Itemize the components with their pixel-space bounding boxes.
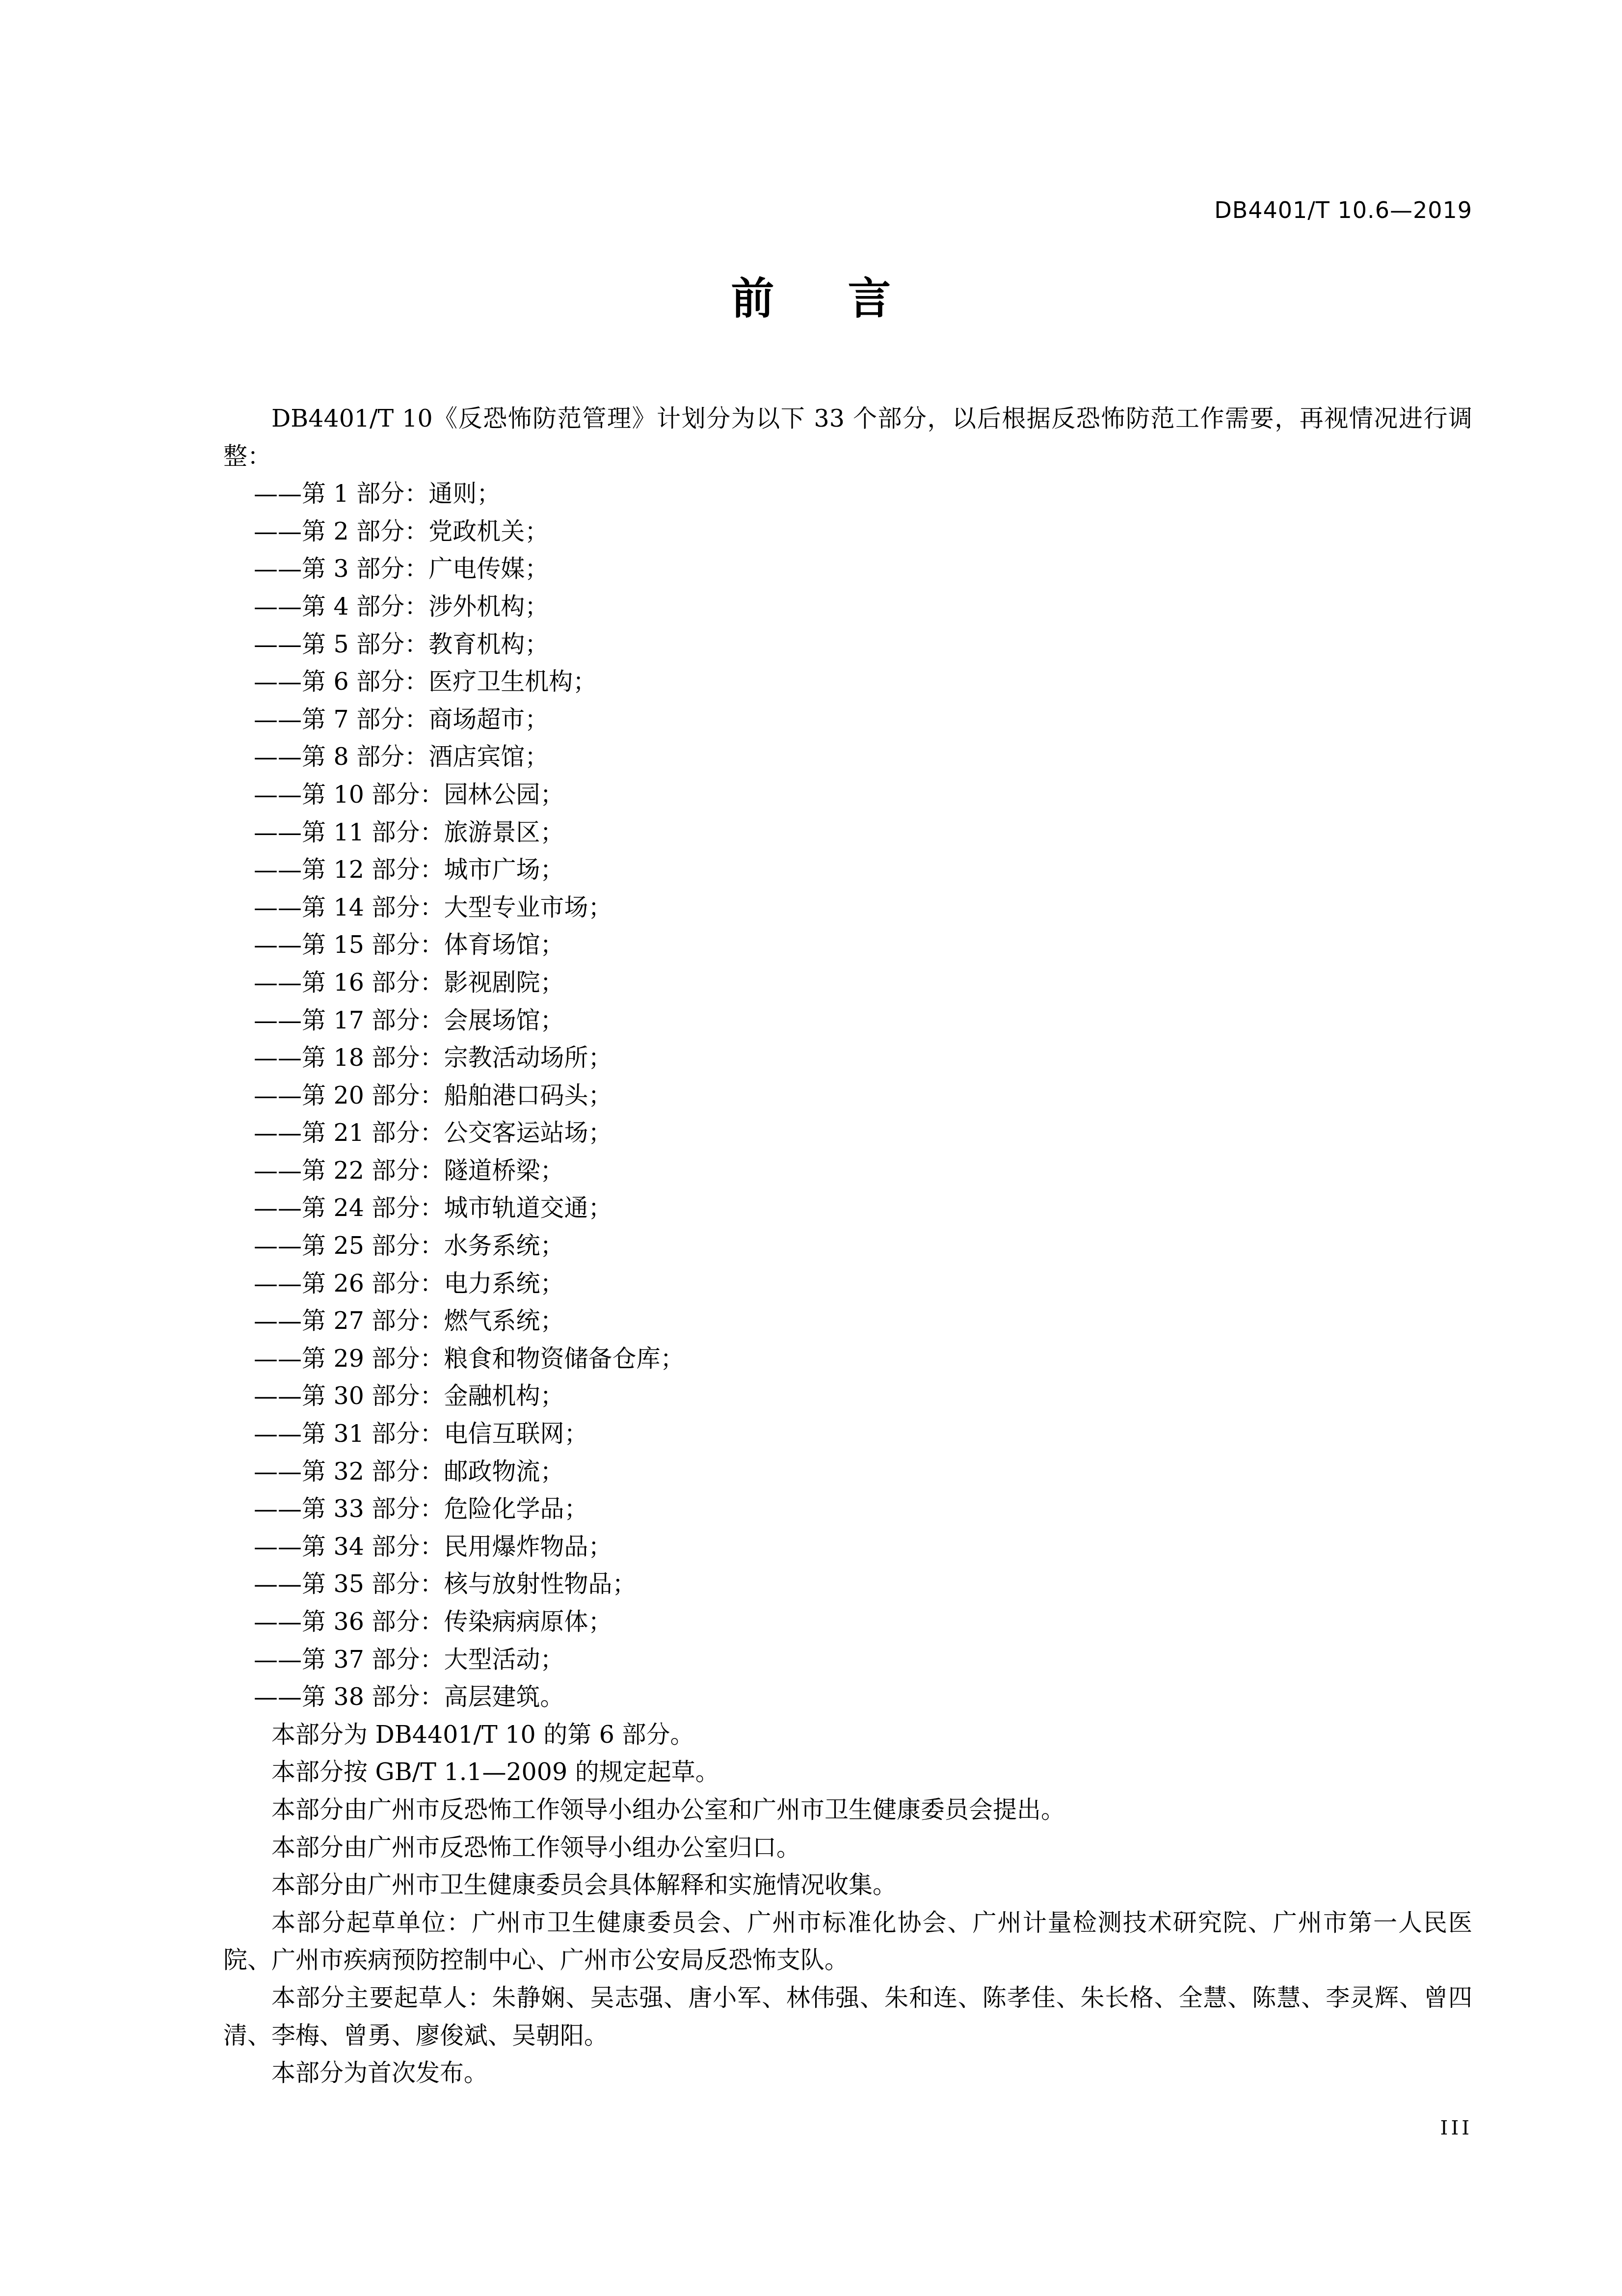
list-item: ——第 32 部分：邮政物流； [223, 1453, 1472, 1491]
parts-list: ——第 1 部分：通则； ——第 2 部分：党政机关； ——第 3 部分：广电传… [223, 475, 1472, 1716]
proposed-by-statement: 本部分由广州市反恐怖工作领导小组办公室和广州市卫生健康委员会提出。 [223, 1791, 1472, 1829]
list-item: ——第 18 部分：宗教活动场所； [223, 1039, 1472, 1077]
list-item: ——第 25 部分：水务系统； [223, 1227, 1472, 1265]
page-number: III [1440, 2113, 1472, 2143]
list-item: ——第 33 部分：危险化学品； [223, 1490, 1472, 1528]
list-item: ——第 5 部分：教育机构； [223, 626, 1472, 664]
list-item: ——第 1 部分：通则； [223, 475, 1472, 513]
list-item: ——第 22 部分：隧道桥梁； [223, 1152, 1472, 1190]
drafting-units-statement: 本部分起草单位：广州市卫生健康委员会、广州市标准化协会、广州计量检测技术研究院、… [223, 1904, 1472, 1979]
standard-code-header: DB4401/T 10.6—2019 [1214, 195, 1472, 225]
foreword-body: DB4401/T 10《反恐怖防范管理》计划分为以下 33 个部分，以后根据反恐… [223, 400, 1472, 2092]
intro-paragraph: DB4401/T 10《反恐怖防范管理》计划分为以下 33 个部分，以后根据反恐… [223, 400, 1472, 475]
list-item: ——第 16 部分：影视剧院； [223, 964, 1472, 1002]
list-item: ——第 26 部分：电力系统； [223, 1265, 1472, 1303]
list-item: ——第 11 部分：旅游景区； [223, 814, 1472, 852]
list-item: ——第 34 部分：民用爆炸物品； [223, 1528, 1472, 1566]
list-item: ——第 37 部分：大型活动； [223, 1641, 1472, 1679]
list-item: ——第 30 部分：金融机构； [223, 1378, 1472, 1415]
list-item: ——第 4 部分：涉外机构； [223, 588, 1472, 626]
list-item: ——第 8 部分：酒店宾馆； [223, 738, 1472, 776]
list-item: ——第 27 部分：燃气系统； [223, 1302, 1472, 1340]
drafting-rule-statement: 本部分按 GB/T 1.1—2009 的规定起草。 [223, 1754, 1472, 1791]
list-item: ——第 38 部分：高层建筑。 [223, 1678, 1472, 1716]
list-item: ——第 36 部分：传染病病原体； [223, 1603, 1472, 1641]
list-item: ——第 7 部分：商场超市； [223, 701, 1472, 739]
page-title: 前言 [0, 269, 1622, 328]
part-of-statement: 本部分为 DB4401/T 10 的第 6 部分。 [223, 1716, 1472, 1754]
main-drafters-statement: 本部分主要起草人：朱静娴、吴志强、唐小军、林伟强、朱和连、陈孝佳、朱长格、全慧、… [223, 1979, 1472, 2054]
list-item: ——第 20 部分：船舶港口码头； [223, 1077, 1472, 1115]
list-item: ——第 2 部分：党政机关； [223, 513, 1472, 551]
list-item: ——第 10 部分：园林公园； [223, 776, 1472, 814]
list-item: ——第 15 部分：体育场馆； [223, 926, 1472, 964]
first-release-statement: 本部分为首次发布。 [223, 2054, 1472, 2092]
interpreted-by-statement: 本部分由广州市卫生健康委员会具体解释和实施情况收集。 [223, 1866, 1472, 1904]
list-item: ——第 3 部分：广电传媒； [223, 550, 1472, 588]
list-item: ——第 17 部分：会展场馆； [223, 1002, 1472, 1040]
list-item: ——第 35 部分：核与放射性物品； [223, 1566, 1472, 1603]
list-item: ——第 12 部分：城市广场； [223, 851, 1472, 889]
list-item: ——第 31 部分：电信互联网； [223, 1415, 1472, 1453]
list-item: ——第 24 部分：城市轨道交通； [223, 1189, 1472, 1227]
list-item: ——第 14 部分：大型专业市场； [223, 889, 1472, 927]
list-item: ——第 29 部分：粮食和物资储备仓库； [223, 1340, 1472, 1378]
list-item: ——第 21 部分：公交客运站场； [223, 1114, 1472, 1152]
centralized-by-statement: 本部分由广州市反恐怖工作领导小组办公室归口。 [223, 1829, 1472, 1867]
list-item: ——第 6 部分：医疗卫生机构； [223, 663, 1472, 701]
